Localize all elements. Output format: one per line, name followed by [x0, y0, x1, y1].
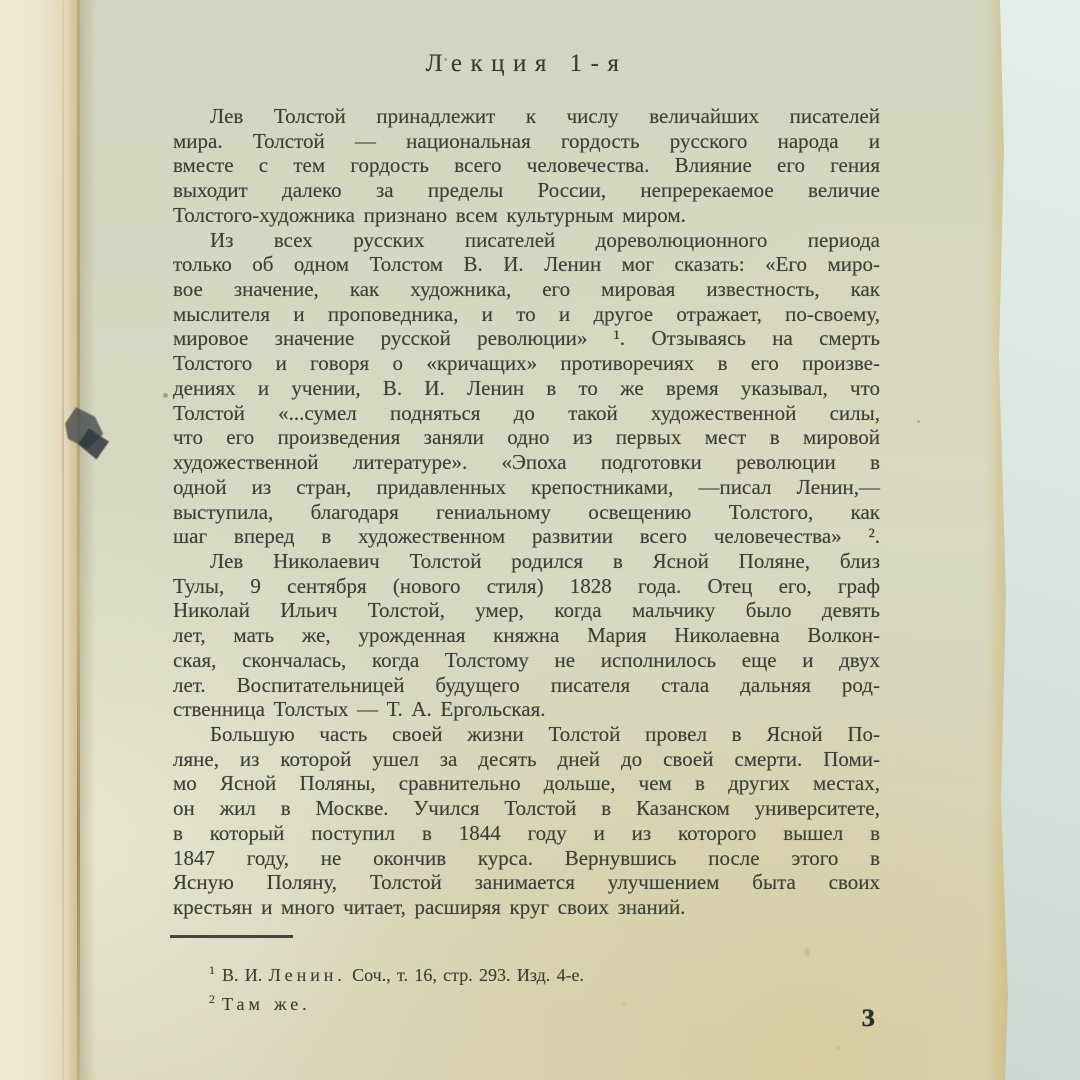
- footnote-1: 1В. И. Ленин. Соч., т. 16, стр. 293. Изд…: [173, 959, 880, 988]
- footnote-1-source: Соч., т. 16, стр. 293. Изд. 4-е.: [346, 965, 584, 985]
- text-line: Николай Ильич Толстой, умер, когда мальч…: [173, 598, 880, 623]
- text-line: выступила, благодаря гениальному освещен…: [173, 500, 880, 525]
- text-line: ляне, из которой ушел за десять дней до …: [173, 747, 880, 772]
- text-line: крестьян и много читает, расширяя круг с…: [173, 895, 880, 920]
- fold-shadow: [80, 0, 96, 1080]
- text-line: Толстого и говоря о «кричащих» противоре…: [173, 351, 880, 376]
- footnote-2: 2Там же.: [173, 988, 880, 1017]
- text-line: что его произведения заняли одно из перв…: [173, 425, 880, 450]
- text-line: выходит далеко за пределы России, непрер…: [173, 178, 880, 203]
- book-page: Лекция 1-я Лев Толстой принадлежит к чис…: [0, 0, 1008, 1080]
- footnote-marker-1: 1: [209, 963, 215, 977]
- paper-speck: [836, 1046, 840, 1050]
- ink-stamp-mark: [54, 406, 112, 466]
- photo-scene: Лекция 1-я Лев Толстой принадлежит к чис…: [0, 0, 1080, 1080]
- footnote-1-author: Ленин.: [269, 965, 346, 985]
- text-line: вое значение, как художника, его мировая…: [173, 277, 880, 302]
- text-line: одной из стран, придавленных крепостника…: [173, 475, 880, 500]
- text-line: Тулы, 9 сентября (нового стиля) 1828 год…: [173, 574, 880, 599]
- paper-speck: [163, 393, 168, 398]
- text-line: в который поступил в 1844 году и из кото…: [173, 821, 880, 846]
- body-text: Лев Толстой принадлежит к числу величайш…: [173, 104, 880, 920]
- text-line: Из всех русских писателей дореволюционно…: [173, 228, 880, 253]
- text-line: шаг вперед в художественном развитии все…: [173, 524, 880, 549]
- text-line: лет. Воспитательницей будущего писателя …: [173, 673, 880, 698]
- footnote-2-text: Там же.: [222, 994, 311, 1014]
- lecture-title: Лекция 1-я: [173, 50, 880, 78]
- text-line: вместе с тем гордость всего человечества…: [173, 153, 880, 178]
- paper-speck: [917, 420, 920, 423]
- text-line: Лев Толстой принадлежит к числу величайш…: [173, 104, 880, 129]
- text-line: художественной литературе». «Эпоха подго…: [173, 450, 880, 475]
- text-line: ственница Толстых — Т. А. Ергольская.: [173, 697, 880, 722]
- footnote-divider: [170, 935, 293, 938]
- text-line: Толстого-художника признано всем культур…: [173, 203, 880, 228]
- text-line: лет, мать же, урожденная княжна Мария Ни…: [173, 623, 880, 648]
- page-fold-edge: [0, 0, 78, 1080]
- text-line: мировое значение русской революции» ¹. О…: [173, 326, 880, 351]
- footnote-1-prefix: В. И.: [222, 965, 269, 985]
- text-line: ская, скончалась, когда Толстому не испо…: [173, 648, 880, 673]
- text-line: мо Ясной Поляны, сравнительно дольше, че…: [173, 771, 880, 796]
- footnotes: 1В. И. Ленин. Соч., т. 16, стр. 293. Изд…: [173, 959, 880, 1016]
- text-line: Большую часть своей жизни Толстой провел…: [173, 722, 880, 747]
- footnote-marker-2: 2: [209, 992, 215, 1006]
- text-line: 1847 году, не окончив курса. Вернувшись …: [173, 846, 880, 871]
- paper-speck: [804, 948, 810, 957]
- text-line: только об одном Толстом В. И. Ленин мог …: [173, 252, 880, 277]
- text-line: мыслителя и проповедника, и то и другое …: [173, 302, 880, 327]
- fold-crease-secondary: [62, 0, 64, 1080]
- text-line: Толстой «...сумел подняться до такой худ…: [173, 401, 880, 426]
- text-line: он жил в Москве. Учился Толстой в Казанс…: [173, 796, 880, 821]
- text-line: мира. Толстой — национальная гордость ру…: [173, 129, 880, 154]
- text-line: Ясную Поляну, Толстой занимается улучшен…: [173, 870, 880, 895]
- text-line: дениях и учении, В. И. Ленин в то же вре…: [173, 376, 880, 401]
- text-line: Лев Николаевич Толстой родился в Ясной П…: [173, 549, 880, 574]
- page-number: 3: [862, 1005, 876, 1033]
